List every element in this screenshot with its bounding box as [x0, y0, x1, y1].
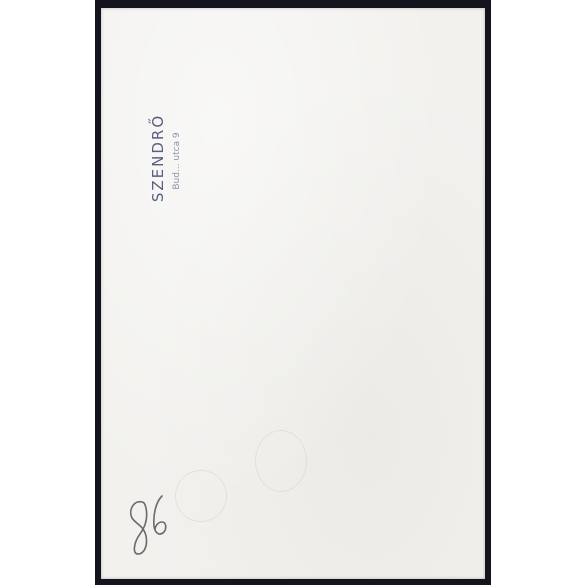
faint-mark	[255, 430, 307, 492]
photo-scene: SZENDRŐ Bud... utca 9 86	[0, 0, 585, 585]
faint-mark	[175, 470, 227, 522]
handwritten-number: 86	[122, 492, 170, 560]
photographer-stamp-name: SZENDRŐ	[149, 103, 167, 213]
photographer-stamp-address: Bud... utca 9	[172, 86, 182, 236]
